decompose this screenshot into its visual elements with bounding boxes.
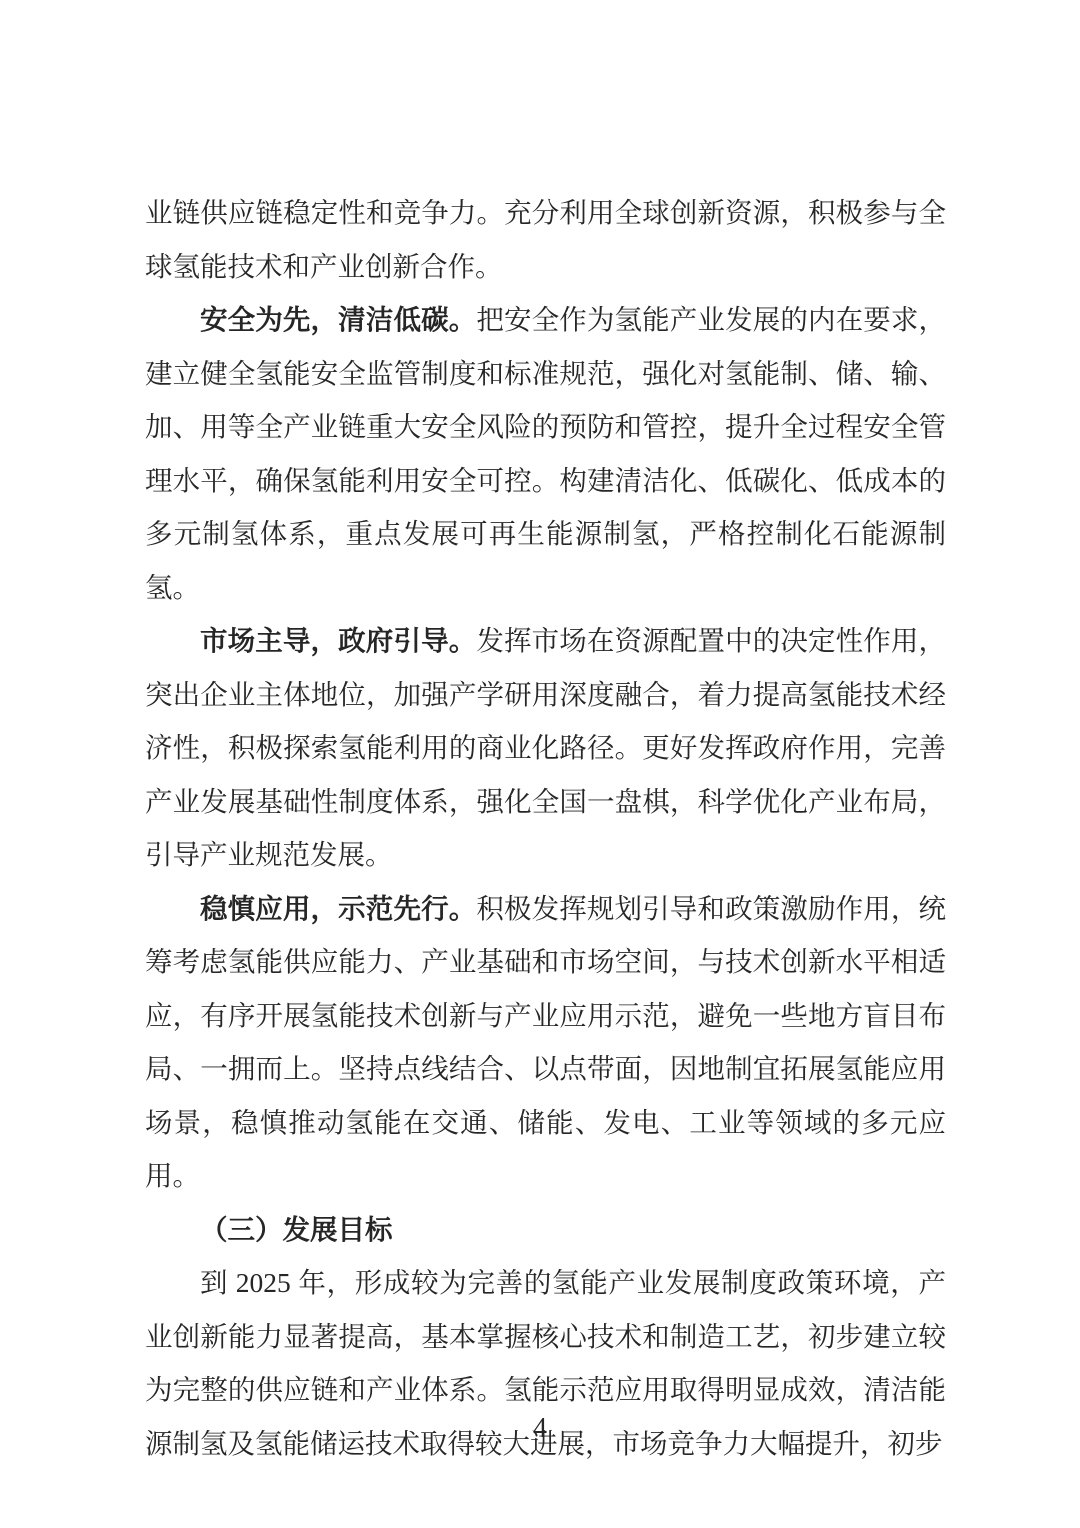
paragraph-text-prudent-application: 积极发挥规划引导和政策激励作用，统筹考虑氢能供应能力、产业基础和市场空间，与技术… <box>145 893 946 1192</box>
page-body-text: 业链供应链稳定性和竞争力。充分利用全球创新资源，积极参与全球氢能技术和产业创新合… <box>145 186 946 1470</box>
paragraph-continuation: 业链供应链稳定性和竞争力。充分利用全球创新资源，积极参与全球氢能技术和产业创新合… <box>145 186 946 293</box>
document-page: 业链供应链稳定性和竞争力。充分利用全球创新资源，积极参与全球氢能技术和产业创新合… <box>0 0 1080 1528</box>
page-number: 4 <box>0 1412 1080 1446</box>
paragraph-lead-market-led: 市场主导，政府引导。 <box>200 625 476 656</box>
paragraph-lead-prudent-application: 稳慎应用，示范先行。 <box>200 893 476 924</box>
paragraph-text-safety-clean: 把安全作为氢能产业发展的内在要求，建立健全氢能安全监管制度和标准规范，强化对氢能… <box>145 304 946 603</box>
paragraph-safety-clean: 安全为先，清洁低碳。把安全作为氢能产业发展的内在要求，建立健全氢能安全监管制度和… <box>145 293 946 614</box>
paragraph-lead-safety-clean: 安全为先，清洁低碳。 <box>200 304 476 335</box>
paragraph-market-led: 市场主导，政府引导。发挥市场在资源配置中的决定性作用，突出企业主体地位，加强产学… <box>145 614 946 882</box>
paragraph-text-market-led: 发挥市场在资源配置中的决定性作用，突出企业主体地位，加强产学研用深度融合，着力提… <box>145 625 946 870</box>
section-heading-development-goals: （三）发展目标 <box>145 1203 946 1257</box>
paragraph-prudent-application: 稳慎应用，示范先行。积极发挥规划引导和政策激励作用，统筹考虑氢能供应能力、产业基… <box>145 882 946 1203</box>
